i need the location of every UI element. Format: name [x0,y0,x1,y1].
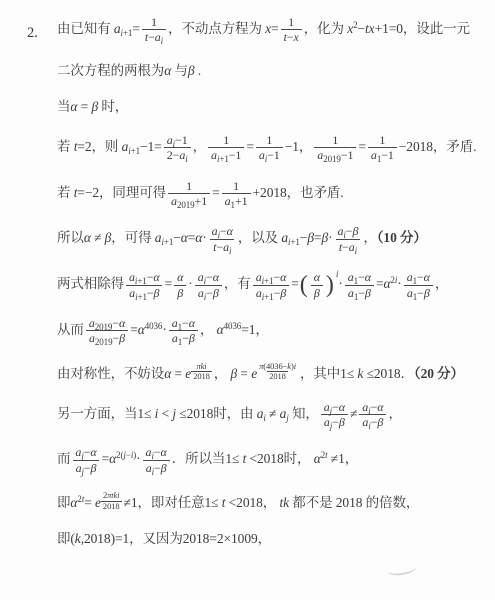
text-run: =α4036· [130,322,167,337]
text-run: = [358,139,366,154]
text-run: 所以α ≠ β，可得 ai+1−α=α· [57,230,207,245]
fraction: ai−αt−ai [207,230,238,245]
solution-line: 当α = β 时， [57,97,491,117]
solution-line: 从而a2019−αa2019−β=α4036·a1−αa1−β， α4036=1… [57,316,491,346]
text-run: = [246,139,254,154]
text-run: −2018，矛盾. [399,139,477,154]
fraction: 1ai+1−1 [206,139,246,154]
fraction: ai−αai−β [357,406,388,421]
solution-line: 若 t=−2，同理可得1a2019+1=1a1+1+2018，也矛盾. [57,179,491,209]
text-run: −1， [285,139,313,154]
fraction: ai−12−ai [162,139,193,154]
text-run: 由已知有 ai+1= [57,21,140,36]
text-run: = [291,276,299,291]
fraction: a1−αa1−β [402,276,435,291]
text-run: =α2i· [376,276,402,291]
fraction: 2πtki2018 [101,495,124,510]
left-paren: ( [299,272,309,298]
fraction: a2019−αa2019−β [84,322,130,337]
fraction: ai+1−αai+1−β [251,276,292,291]
fraction: (αβ)i [299,276,339,291]
text-run: ， β = e [214,366,257,381]
text-run: 当α = β 时， [57,99,128,114]
text-run: ，其中1≤ k ≤2018． [300,366,414,381]
fraction: ai−αai−β [141,451,172,466]
text-run: = [212,185,220,200]
fraction: πki2018 [191,366,214,381]
solution-line: 由对称性，不妨设α = eπki2018， β = eπ(4036−k)i201… [57,362,491,384]
text-run: =α2(j−i)· [102,451,141,466]
text-run: ≠1，即对任意1≤ t <2018， tk 都不是 2018 的倍数， [124,495,420,510]
fraction: 1a1+1 [220,185,253,200]
text-run: （10 分） [377,230,427,245]
fraction: a1−αa1−β [167,322,200,337]
fraction: αβ [172,276,188,291]
fraction: 1a2019+1 [166,185,212,200]
text-run: = [165,276,173,291]
text-run: 若 t=−2，同理可得 [57,185,166,200]
text-run: 而 [57,451,70,466]
fraction: 1a1−1 [366,139,399,154]
question-number: 2. [27,25,38,42]
solution-line: 而aj−αaj−β=α2(j−i)·ai−αai−β．所以当1≤ t <2018… [57,445,491,475]
solution-line: 若 t=2，则 ai+1−1=ai−12−ai，1ai+1−1=1ai−1−1，… [57,133,491,163]
text-run: ．所以当1≤ t <2018时， α2t ≠1， [172,451,358,466]
solution-line: 两式相除得ai+1−αai+1−β=αβ·ai−αai−β，有ai+1−αai+… [57,270,491,300]
fraction: 1t−ai [140,21,168,36]
fraction: 1t−x [279,21,304,36]
fraction: aj−αaj−β [70,451,101,466]
solution-line: 另一方面，当1≤ i < j ≤2018时，由 ai ≠ aj 知，aj−αaj… [57,400,491,430]
solution-line: 即(k,2018)=1，又因为2018=2×1009， [57,529,491,549]
text-run: 两式相除得 [57,276,124,291]
text-run: 即α2t= e [57,495,101,510]
fraction: 1ai−1 [254,139,285,154]
fraction: π(4036−k)i2018 [257,366,300,381]
text-run: 从而 [57,322,84,337]
text-run: 若 t=2，则 ai+1−1= [57,139,162,154]
fraction: a1−αa1−β [343,276,376,291]
text-run: ，有 [224,276,251,291]
fraction: ai−βt−ai [332,230,363,245]
text-run: ， [435,276,448,291]
text-run: ， [193,139,206,154]
text-run: 二次方程的两根为α 与β . [57,63,201,78]
text-run: ， [388,406,401,421]
text-run: ， [363,230,376,245]
text-run: ，化为 x2−tx+1=0，设此一元 [304,21,470,36]
math-solution-page: 2. 由已知有 ai+1=1t−ai，不动点方程为 x=1t−x，化为 x2−t… [0,0,495,600]
text-run: （20 分） [414,366,464,381]
right-paren: ) [325,272,335,298]
text-run: +2018，也矛盾. [253,185,344,200]
fraction: 1a2019−1 [312,139,358,154]
solution-line: 由已知有 ai+1=1t−ai，不动点方程为 x=1t−x，化为 x2−tx+1… [57,15,491,45]
text-run: 另一方面，当1≤ i < j ≤2018时，由 ai ≠ aj 知， [57,406,319,421]
text-run: ， α4036=1， [200,322,269,337]
text-run: ，以及 ai+1−β=β· [238,230,333,245]
fraction: ai−αai−β [193,276,224,291]
text-run: 由对称性，不妨设α = e [57,366,191,381]
solution-line: 所以α ≠ β，可得 ai+1−α=α·ai−αt−ai，以及 ai+1−β=β… [57,224,491,254]
fraction: ai+1−αai+1−β [124,276,165,291]
text-run: ，不动点方程为 x= [168,21,279,36]
solution-lines: 由已知有 ai+1=1t−ai，不动点方程为 x=1t−x，化为 x2−tx+1… [57,15,491,565]
text-run: 即(k,2018)=1，又因为2018=2×1009， [57,531,271,546]
solution-line: 即α2t= e2πtki2018≠1，即对任意1≤ t <2018， tk 都不… [57,491,491,513]
fraction: aj−αaj−β [319,406,350,421]
solution-line: 二次方程的两根为α 与β . [57,61,491,81]
